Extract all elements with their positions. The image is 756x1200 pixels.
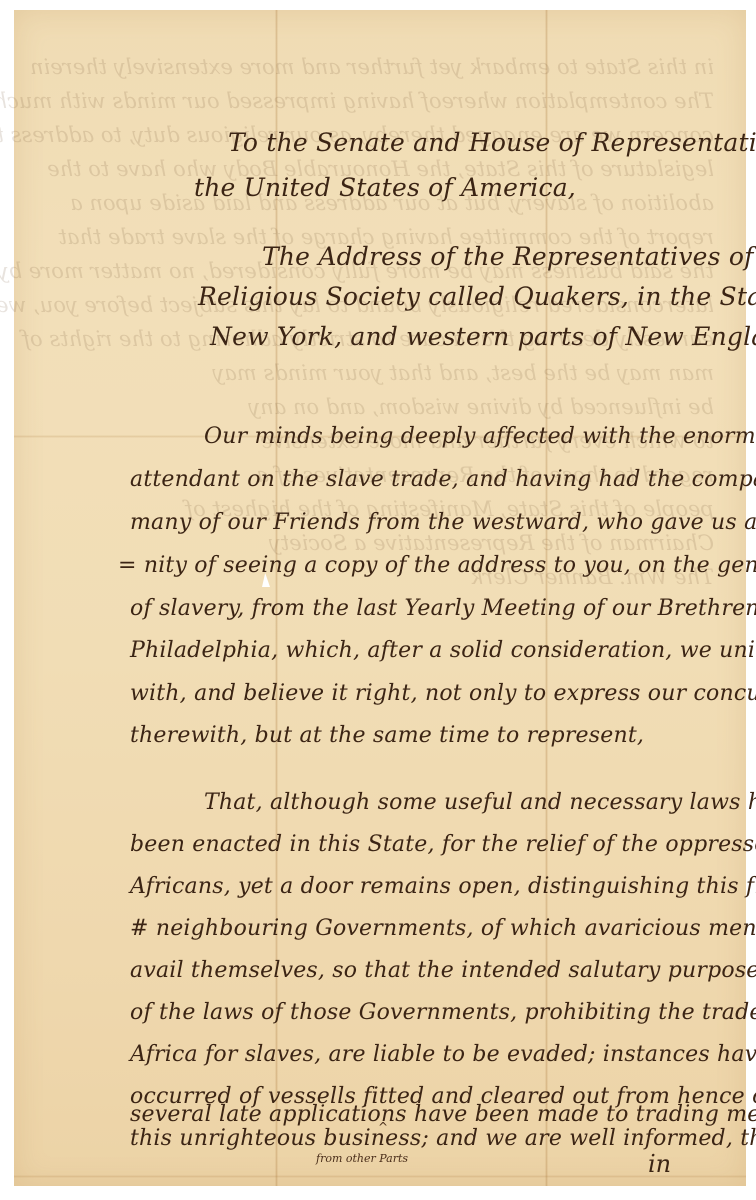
text-line: been enacted in this State, for the reli… <box>130 832 756 857</box>
text-line-final: several late applications have been made… <box>130 1102 756 1127</box>
sender-line: New York, and western parts of New Engla… <box>210 322 756 351</box>
text-line: with, and believe it right, not only to … <box>130 681 756 706</box>
text-line: Our minds being deeply affected with the… <box>204 424 756 449</box>
sender-line: The Address of the Representatives of th… <box>262 242 756 271</box>
text-line: this unrighteous business; and we are we… <box>130 1126 756 1151</box>
text-line: Africa for slaves, are liable to be evad… <box>130 1042 756 1067</box>
recipient-line: the United States of America, <box>194 173 576 202</box>
text-line: avail themselves, so that the intended s… <box>130 958 756 983</box>
text-line: of slavery, from the last Yearly Meeting… <box>130 596 756 621</box>
recipient-line: To the Senate and House of Representativ… <box>228 128 756 157</box>
sender-line: Religious Society called Quakers, in the… <box>198 282 756 311</box>
text-line: Philadelphia, which, after a solid consi… <box>130 638 756 663</box>
text-line: = nity of seeing a copy of the address t… <box>118 553 756 578</box>
catchword: in <box>648 1150 671 1178</box>
text-line: Africans, yet a door remains open, disti… <box>130 874 756 899</box>
text-line: therewith, but at the same time to repre… <box>130 723 644 748</box>
text-line: of the laws of those Governments, prohib… <box>130 1000 756 1025</box>
manuscript-page: in this State to embark yet further and … <box>14 10 746 1186</box>
text-line: That, although some useful and necessary… <box>204 790 756 815</box>
text-line: many of our Friends from the westward, w… <box>130 510 756 535</box>
interlinear-insertion: from other Parts <box>316 1152 408 1165</box>
insertion-caret: ^ <box>378 1120 388 1134</box>
text-line: attendant on the slave trade, and having… <box>130 467 756 492</box>
horizontal-fold-line <box>14 1175 746 1178</box>
text-line: # neighbouring Governments, of which ava… <box>130 916 756 941</box>
